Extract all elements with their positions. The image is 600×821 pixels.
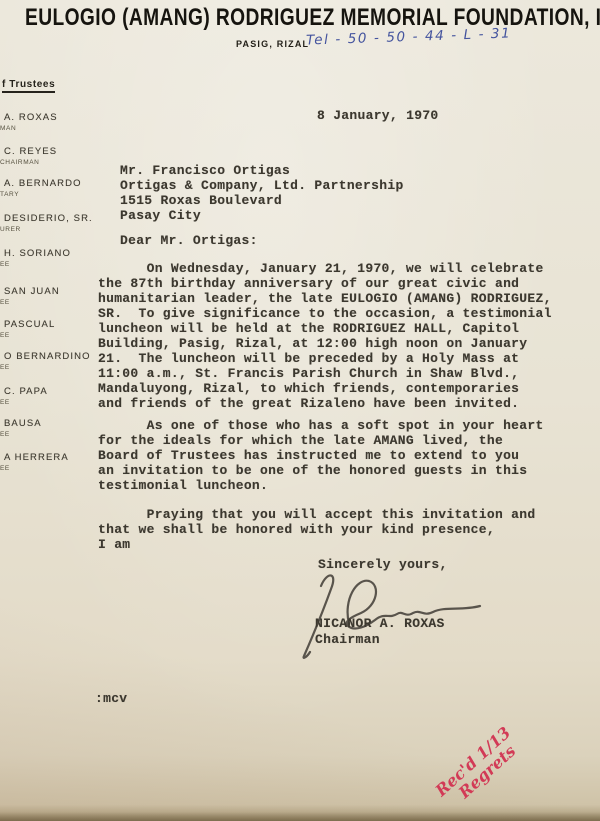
- trustee-name: O BERNARDINO: [4, 351, 110, 362]
- trustee-entry: PASCUAL EE: [0, 319, 110, 339]
- trustee-name: A HERRERA: [4, 452, 110, 463]
- trustee-role: EE: [0, 261, 110, 268]
- trustee-entry: O BERNARDINO EE: [0, 351, 110, 371]
- typist-initials: :mcv: [95, 691, 127, 706]
- trustee-role: EE: [0, 332, 110, 339]
- trustee-entry: C. REYES CHAIRMAN: [0, 146, 110, 166]
- trustee-role: URER: [0, 226, 110, 233]
- trustee-name: A. BERNARDO: [4, 178, 110, 189]
- trustee-role: EE: [0, 465, 110, 472]
- trustee-name: PASCUAL: [4, 319, 110, 330]
- trustee-role: EE: [0, 431, 110, 438]
- trustee-role: MAN: [0, 125, 110, 132]
- trustee-role: EE: [0, 299, 110, 306]
- letterhead-location: PASIG, RIZAL: [236, 39, 309, 49]
- signer-title: Chairman: [315, 632, 380, 647]
- trustee-entry: C. PAPA EE: [0, 386, 110, 406]
- trustee-entry: H. SORIANO EE: [0, 248, 110, 268]
- trustee-name: DESIDERIO, SR.: [4, 213, 110, 224]
- received-annotation: Rec'd 1/13 Regrets: [432, 724, 525, 812]
- trustees-heading: f Trustees: [2, 79, 55, 93]
- trustee-name: SAN JUAN: [4, 286, 110, 297]
- trustee-name: H. SORIANO: [4, 248, 110, 259]
- trustee-entry: BAUSA EE: [0, 418, 110, 438]
- trustee-name: BAUSA: [4, 418, 110, 429]
- trustee-entry: A HERRERA EE: [0, 452, 110, 472]
- trustee-role: EE: [0, 364, 110, 371]
- trustee-entry: A. ROXAS MAN: [0, 112, 110, 132]
- signer-name: NICANOR A. ROXAS: [315, 616, 445, 631]
- letterhead-title: EULOGIO (AMANG) RODRIGUEZ MEMORIAL FOUND…: [25, 4, 600, 32]
- salutation: Dear Mr. Ortigas:: [120, 233, 258, 248]
- body-paragraph-2: As one of those who has a soft spot in y…: [98, 418, 544, 493]
- recipient-address-block: Mr. Francisco Ortigas Ortigas & Company,…: [120, 163, 404, 223]
- trustee-role: EE: [0, 399, 110, 406]
- trustee-name: C. REYES: [4, 146, 110, 157]
- scanned-letter-page: EULOGIO (AMANG) RODRIGUEZ MEMORIAL FOUND…: [0, 0, 600, 821]
- scan-edge-shadow: [0, 812, 600, 821]
- body-paragraph-3: Praying that you will accept this invita…: [98, 507, 535, 552]
- trustee-name: A. ROXAS: [4, 112, 110, 123]
- body-paragraph-1: On Wednesday, January 21, 1970, we will …: [98, 261, 552, 411]
- trustee-entry: SAN JUAN EE: [0, 286, 110, 306]
- trustee-name: C. PAPA: [4, 386, 110, 397]
- trustee-entry: DESIDERIO, SR. URER: [0, 213, 110, 233]
- trustee-role: TARY: [0, 191, 110, 198]
- letter-date: 8 January, 1970: [317, 108, 439, 123]
- trustee-entry: A. BERNARDO TARY: [0, 178, 110, 198]
- trustee-role: CHAIRMAN: [0, 159, 110, 166]
